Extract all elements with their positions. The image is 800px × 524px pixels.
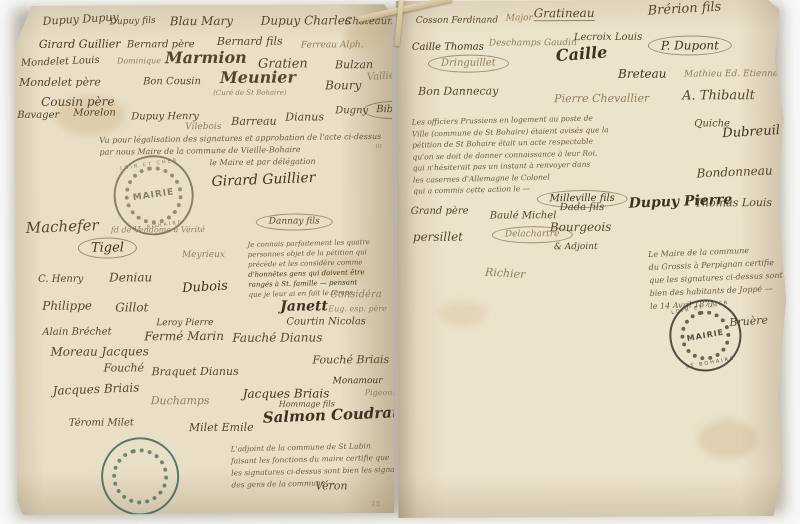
signature: Gratineau: [534, 7, 595, 21]
signature: Marmion: [165, 50, 247, 66]
signature: persillet: [413, 231, 463, 243]
signature: Bernard fils: [217, 36, 283, 47]
manuscript-spread: Dupuy Dupuy Dupuy fils Blau Mary Dupuy C…: [0, 0, 800, 524]
signature: Cosson Ferdinand: [416, 16, 498, 25]
signature: Morelon: [73, 108, 116, 118]
signature: Fermé Marin: [144, 330, 224, 342]
signature: Girard Guillier: [39, 38, 121, 49]
right-page: Cosson Ferdinand Major Gratineau Brérion…: [396, 0, 788, 518]
signature: Bulzan: [335, 59, 373, 70]
signature: Leroy Pierre: [156, 319, 213, 328]
signature: Bourgeois: [550, 221, 612, 233]
signature: Blau Mary: [170, 15, 233, 27]
signature: Janett: [280, 299, 328, 313]
signature: Dupuy Pierre: [628, 193, 732, 211]
signature: Fouché Briais: [312, 354, 389, 365]
signature: Bon Dannecay: [418, 85, 498, 96]
signature: Dannay fils: [256, 213, 333, 230]
signature: Braquet Dianus: [152, 366, 239, 377]
signature: Salmon Coudrat: [263, 405, 400, 425]
signature: Dubois: [182, 280, 228, 296]
signature: Major: [506, 14, 533, 23]
signature: Fouché: [104, 362, 145, 373]
signature: Moreau Jacques: [50, 345, 148, 358]
signature: Cousin père: [41, 95, 114, 107]
stamp-wreath: [106, 442, 174, 510]
signature: Dubreuil: [722, 124, 780, 140]
signature: Jacques Briais: [243, 387, 330, 399]
signature: Alain Bréchet: [42, 328, 111, 338]
page-mark: m: [375, 142, 382, 150]
signature: Richier: [485, 267, 526, 281]
paper-stain: [698, 419, 758, 459]
signature: Machefer: [26, 218, 99, 236]
signature: Dupuy Charles: [261, 14, 351, 26]
page-mark: 15: [371, 500, 380, 508]
blue-stamp: [93, 429, 188, 524]
note-closing: Considéra: [330, 290, 382, 300]
signature: Brérion fils: [647, 0, 721, 17]
signature: Vilebois: [185, 123, 221, 132]
signature: Dupuy fils: [110, 17, 156, 28]
signature: Bavager: [17, 111, 59, 121]
signature: Dupuy Henry: [131, 112, 199, 122]
signature: Dringuillet: [428, 54, 509, 72]
signature: Dominique: [117, 57, 161, 65]
signature: Tigel: [78, 237, 137, 258]
signature: Baulé Michel: [490, 211, 557, 221]
signature: Philippe: [42, 300, 92, 312]
signature: Dupuy Dupuy: [42, 12, 119, 27]
signature: Breteau: [618, 68, 667, 80]
official-signature: Girard Guillier: [211, 171, 315, 189]
signature: Mondelet père: [19, 77, 101, 88]
signature: Meyrieux: [182, 251, 225, 260]
signature: Eug. esp. père: [328, 305, 387, 313]
signature: Courtin Nicolas: [286, 317, 366, 327]
signature: Duchamps: [151, 395, 210, 406]
protest-note: Les officiers Prussiens en logement au p…: [412, 112, 611, 197]
signature: Téromi Milet: [69, 418, 134, 428]
signature: Boury: [325, 79, 361, 91]
signature: Monamour: [333, 377, 383, 386]
signature: Deniau: [109, 271, 152, 283]
signature: Ferreau Alph.: [301, 41, 364, 50]
signature: Gillot: [115, 301, 148, 313]
official-signature: Véron: [315, 480, 347, 491]
signature: Barreau: [231, 116, 276, 127]
signature: Meunier: [220, 70, 296, 86]
signature: Jacques Briais: [52, 381, 139, 396]
annotation: fd de Vendôme à Vérité: [111, 226, 205, 234]
signature: Lecroix Louis: [574, 33, 642, 43]
signature: C. Henry: [38, 275, 83, 285]
signature: Caille: [555, 44, 608, 64]
paper-stain: [437, 301, 487, 327]
signature: Grand père: [411, 207, 469, 217]
signature: (Curé de St Bohaire): [213, 90, 287, 97]
signature: Milet Emile: [189, 422, 254, 433]
left-page: Dupuy Dupuy Dupuy fils Blau Mary Dupuy C…: [15, 4, 395, 515]
signature: A. Thibault: [682, 89, 755, 102]
signature: Pierre Chevallier: [554, 93, 649, 104]
signature: Fauché Dianus: [232, 331, 322, 343]
signature: & Adjoint: [554, 243, 598, 252]
signature: Bon Cousin: [143, 77, 201, 87]
signature: Bondonneau: [696, 164, 773, 179]
signature: P. Dupont: [648, 35, 732, 55]
note-line: le Maire et par délégation: [210, 155, 382, 169]
signature: Caille Thomas: [412, 43, 484, 53]
signature: Dianus: [285, 111, 324, 122]
signature: Mondelet Louis: [21, 56, 100, 69]
signature: Mathieu Ed. Etienne: [684, 70, 778, 79]
signature: Dada fils: [560, 203, 605, 213]
